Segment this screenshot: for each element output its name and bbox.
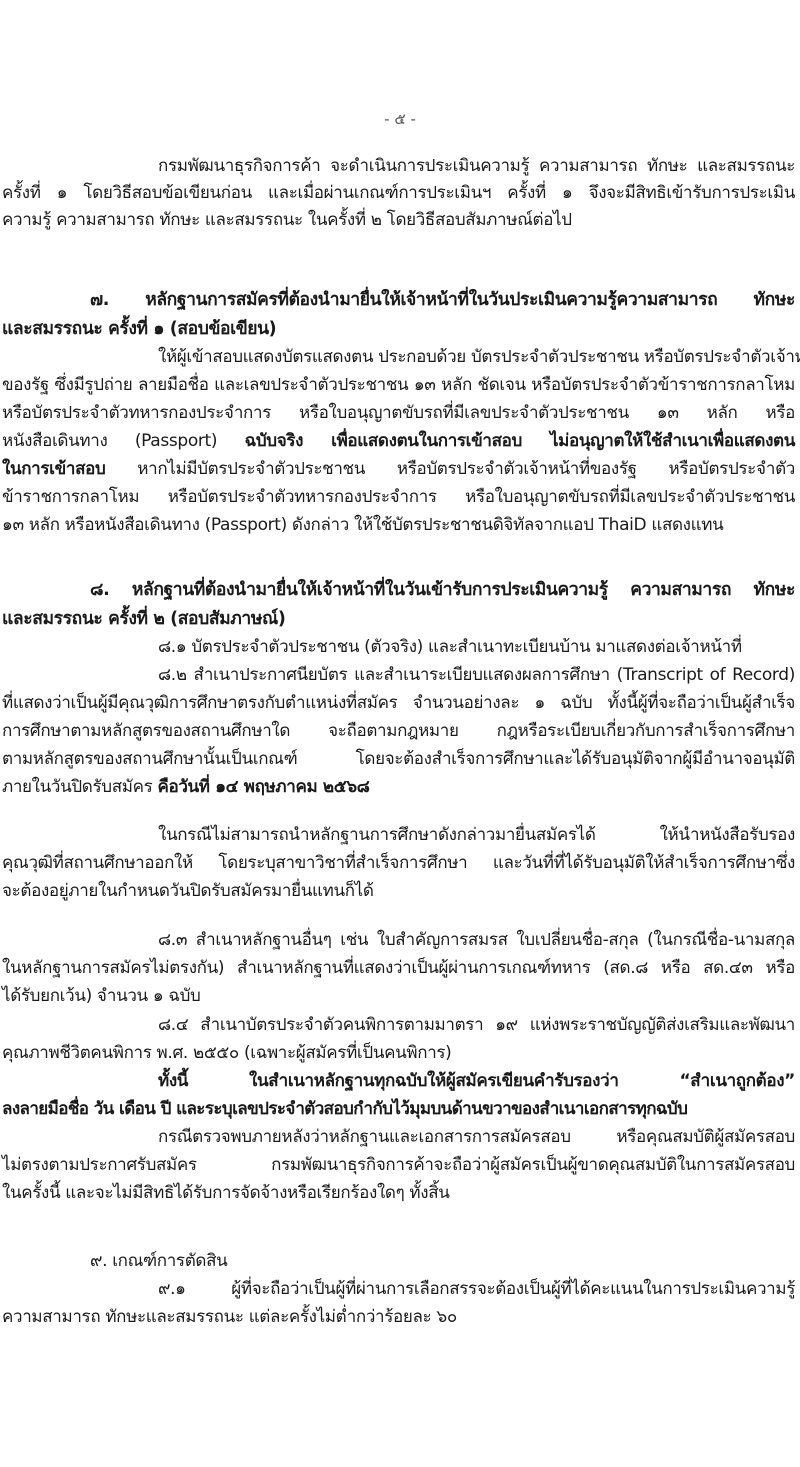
- section-8-note-line-1: ในกรณีไม่สามารถนำหลักฐานการศึกษาดังกล่าว…: [158, 822, 795, 848]
- intro-line-2: ครั้งที่ ๑ โดยวิธีสอบข้อเขียนก่อน และเมื…: [2, 180, 795, 206]
- section-7-body-line-3: หรือบัตรประจำตัวทหารกองประจำการ หรือใบอน…: [2, 400, 795, 426]
- section-8-item-3-line-1: ๘.๓ สำเนาหลักฐานอื่นๆ เช่น ใบสำคัญการสมร…: [158, 927, 795, 953]
- section-7-body-line-5: ในการเข้าสอบ หากไม่มีบัตรประจำตัวประชาชน…: [2, 456, 795, 482]
- section-7-heading-line-1: ๗. หลักฐานการสมัครที่ต้องนำมายื่นให้เจ้า…: [90, 287, 795, 313]
- section-8-item-2-line-3: การศึกษาตามหลักสูตรของสถานศึกษาใด จะถือต…: [2, 718, 795, 744]
- section-8-item-2-line-5: ภายในวันปิดรับสมัคร คือวันที่ ๑๔ พฤษภาคม…: [2, 774, 795, 800]
- alternative-id-text: หากไม่มีบัตรประจำตัวประชาชน หรือบัตรประจ…: [105, 459, 795, 479]
- page-number: - ๕ -: [0, 107, 800, 131]
- section-8-item-2-line-4: ตามหลักสูตรของสถานศึกษานั้นเป็นเกณฑ์ โดย…: [2, 746, 795, 772]
- section-9-item-1-line-1: ๙.๑ ผู้ที่จะถือว่าเป็นผู้ที่ผ่านการเลือก…: [158, 1276, 795, 1302]
- certify-note-line-2: ลงลายมือชื่อ วัน เดือน ปี และระบุเลขประจ…: [2, 1096, 795, 1122]
- section-8-item-3-line-3: ได้รับยกเว้น) จำนวน ๑ ฉบับ: [2, 983, 795, 1009]
- section-8-item-2-line-2: ที่แสดงว่าเป็นผู้มีคุณวุฒิการศึกษาตรงกับ…: [2, 690, 795, 716]
- section-8-heading-line-1: ๘. หลักฐานที่ต้องนำมายื่นให้เจ้าหน้าที่ใ…: [90, 577, 795, 603]
- section-7-body-line-7: ๑๓ หลัก หรือหนังสือเดินทาง (Passport) ดั…: [2, 512, 795, 538]
- section-8-item-1: ๘.๑ บัตรประจำตัวประชาชน (ตัวจริง) และสำเ…: [158, 634, 795, 660]
- section-8-item-4-line-1: ๘.๔ สำเนาบัตรประจำตัวคนพิการตามมาตรา ๑๙ …: [158, 1012, 795, 1038]
- original-required-text: ฉบับจริง เพื่อแสดงตนในการเข้าสอบ ไม่อนุญ…: [245, 431, 795, 451]
- closing-date-label: ภายในวันปิดรับสมัคร: [2, 777, 157, 797]
- in-exam-text: ในการเข้าสอบ: [2, 459, 105, 479]
- section-9-heading: ๙. เกณฑ์การตัดสิน: [90, 1248, 795, 1274]
- intro-line-3: ความรู้ ความสามารถ ทักษะ และสมรรถนะ ในคร…: [2, 207, 795, 233]
- disqualify-note-line-3: ในครั้งนี้ และจะไม่มีสิทธิได้รับการจัดจ้…: [2, 1180, 795, 1206]
- section-7-body-line-4: หนังสือเดินทาง (Passport) ฉบับจริง เพื่อ…: [2, 428, 795, 454]
- intro-line-1: กรมพัฒนาธุรกิจการค้า จะดำเนินการประเมินค…: [158, 153, 795, 179]
- section-7-body-line-6: ข้าราชการกลาโหม หรือบัตรประจำตัวทหารกองป…: [2, 484, 795, 510]
- section-9-item-1-line-2: ความสามารถ ทักษะและสมรรถนะ แต่ละครั้งไม่…: [2, 1304, 795, 1330]
- section-8-item-3-line-2: ในหลักฐานการสมัครไม่ตรงกัน) สำเนาหลักฐาน…: [2, 955, 795, 981]
- closing-date: คือวันที่ ๑๔ พฤษภาคม ๒๕๖๘: [157, 777, 369, 797]
- disqualify-note-line-1: กรณีตรวจพบภายหลังว่าหลักฐานและเอกสารการส…: [158, 1124, 795, 1150]
- section-7-body-line-2: ของรัฐ ซึ่งมีรูปถ่าย ลายมือชื่อ และเลขปร…: [2, 372, 795, 398]
- section-7-body-line-1: ให้ผู้เข้าสอบแสดงบัตรแสดงตน ประกอบด้วย บ…: [158, 344, 795, 370]
- certify-note-line-1: ทั้งนี้ ในสำเนาหลักฐานทุกฉบับให้ผู้สมัคร…: [158, 1068, 795, 1094]
- section-8-note-line-3: จะต้องอยู่ภายในกำหนดวันปิดรับสมัครมายื่น…: [2, 878, 795, 904]
- section-8-item-2-line-1: ๘.๒ สำเนาประกาศนียบัตร และสำเนาระเบียบแส…: [158, 662, 795, 688]
- section-8-note-line-2: คุณวุฒิที่สถานศึกษาออกให้ โดยระบุสาขาวิช…: [2, 850, 795, 876]
- passport-text: หนังสือเดินทาง (Passport): [2, 431, 245, 451]
- section-8-heading-line-2: และสมรรถนะ ครั้งที่ ๒ (สอบสัมภาษณ์): [2, 606, 795, 632]
- document-page: - ๕ - กรมพัฒนาธุรกิจการค้า จะดำเนินการปร…: [0, 0, 800, 1467]
- section-8-item-4-line-2: คุณภาพชีวิตคนพิการ พ.ศ. ๒๕๕๐ (เฉพาะผู้สม…: [2, 1040, 795, 1066]
- disqualify-note-line-2: ไม่ตรงตามประกาศรับสมัคร กรมพัฒนาธุรกิจกา…: [2, 1152, 795, 1178]
- section-7-heading-line-2: และสมรรถนะ ครั้งที่ ๑ (สอบข้อเขียน): [2, 316, 795, 342]
